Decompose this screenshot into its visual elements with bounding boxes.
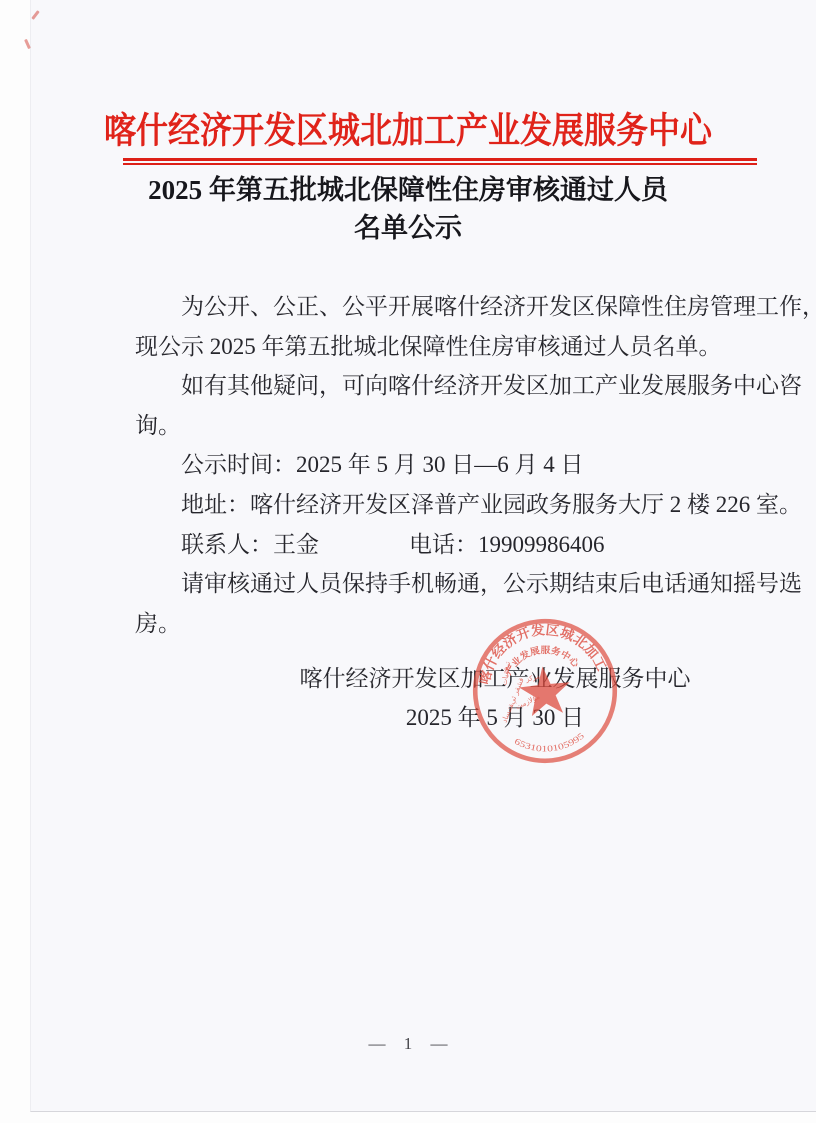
document-header-org-name: 喀什经济开发区城北加工产业发展服务中心 [0,102,816,154]
document-body: 为公开、公正、公平开展喀什经济开发区保障性住房管理工作， 现公示 2025 年第… [135,287,746,643]
body-line: 为公开、公正、公平开展喀什经济开发区保障性住房管理工作， [135,287,746,327]
body-line: 请审核通过人员保持手机畅通，公示期结束后电话通知摇号选 [135,564,746,604]
document-title-line1: 2025 年第五批城北保障性住房审核通过人员 [0,171,816,209]
body-line: 如有其他疑问，可向喀什经济开发区加工产业发展服务中心咨 [135,366,746,406]
body-line-address: 地址：喀什经济开发区泽普产业园政务服务大厅 2 楼 226 室。 [135,485,746,525]
body-line: 房。 [135,604,746,644]
header-divider [123,158,757,165]
body-line-publicity-period: 公示时间：2025 年 5 月 30 日—6 月 4 日 [135,445,746,485]
body-line-contact: 联系人：王金电话：19909986406 [135,525,746,565]
body-line: 询。 [135,406,746,446]
header-divider-thin-line [123,163,757,165]
document-title-line2: 名单公示 [0,209,816,247]
contact-phone: 电话：19909986406 [409,532,605,557]
document-title: 2025 年第五批城北保障性住房审核通过人员 名单公示 [0,171,816,247]
body-line: 现公示 2025 年第五批城北保障性住房审核通过人员名单。 [135,327,746,367]
page-number: — 1 — [0,1034,816,1054]
seal-uyghur-script: ﺗﺮﻗﻘﻴﺎﺕ [499,661,512,686]
header-divider-thick-line [123,158,757,161]
seal-uyghur-script: ﻣﺮﻛﺰ [524,672,541,684]
seal-star-icon [517,664,572,717]
contact-person: 联系人：王金 [181,532,319,557]
official-seal-stamp: 喀什经济开发区城北加工 产业发展服务中心 6531010105995 ﻗﺸﻘﺮ … [458,604,632,778]
